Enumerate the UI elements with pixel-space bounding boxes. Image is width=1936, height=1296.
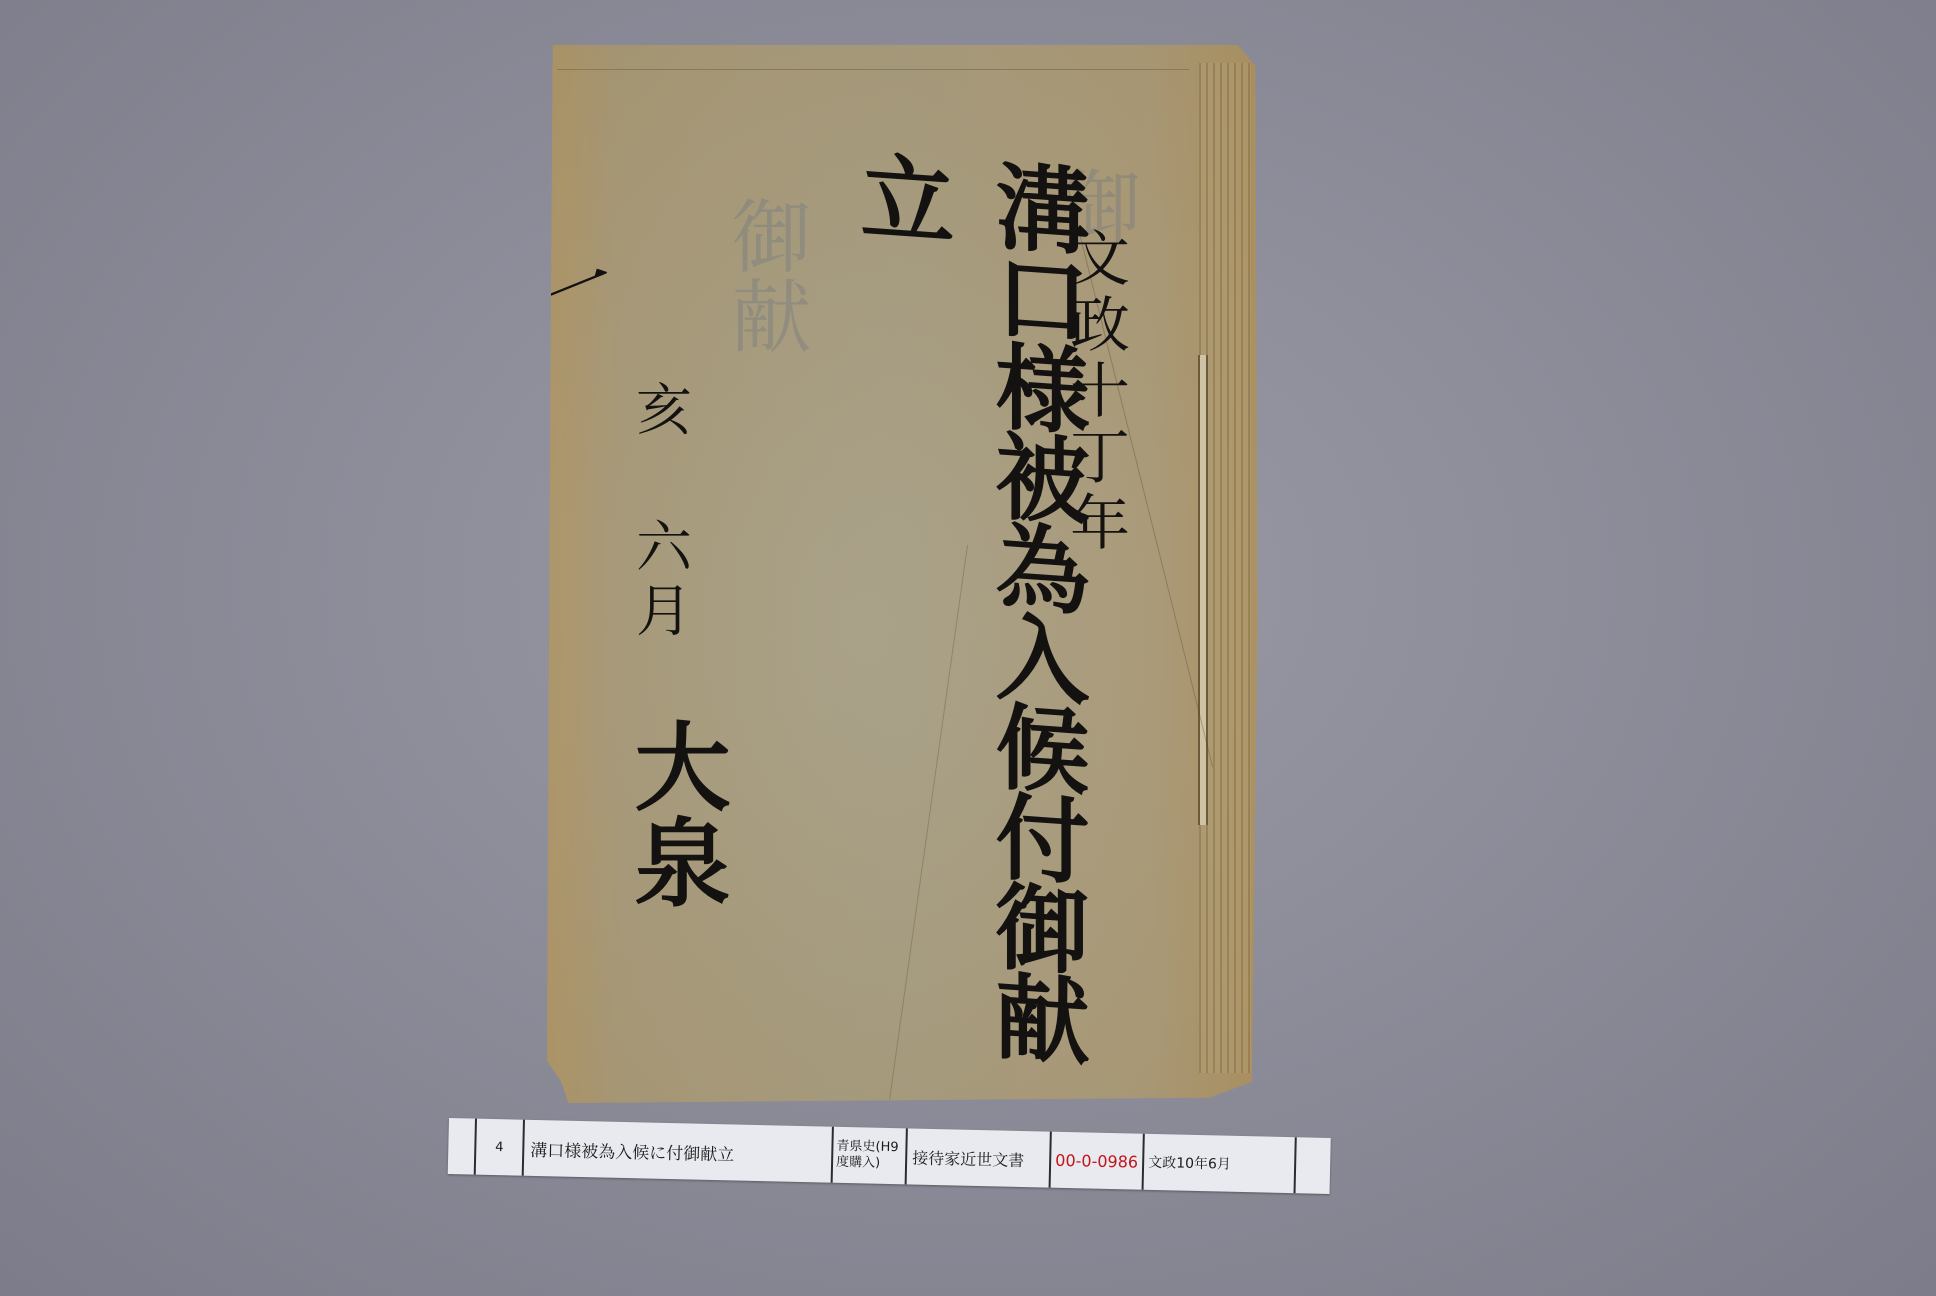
- document-cover: 御献 御 一 溝口様被為入候付御献立 文政十丁年 亥 六月 大泉: [547, 45, 1259, 1103]
- top-fold: [557, 53, 1189, 70]
- document-date: 文政十丁年: [1052, 227, 1138, 557]
- ink-mark: 一: [526, 224, 629, 344]
- catalog-label-strip: 4 溝口様被為入候に付御献立 青県史(H9度購入) 接待家近世文書 00-0-0…: [448, 1118, 1331, 1194]
- label-collection: 接待家近世文書: [907, 1128, 1052, 1187]
- label-source: 青県史(H9度購入): [833, 1127, 908, 1185]
- label-blank-left: [448, 1118, 477, 1175]
- label-blank-right: [1296, 1137, 1331, 1194]
- label-catalog-id: 00-0-0986: [1051, 1132, 1145, 1190]
- label-title: 溝口様被為入候に付御献立: [524, 1120, 834, 1183]
- bleed-through-text: 御献: [707, 195, 822, 355]
- document-author: 大泉: [607, 717, 744, 909]
- document-month: 亥 六月: [619, 380, 699, 645]
- label-date: 文政10年6月: [1144, 1134, 1297, 1193]
- binding-string: [1198, 355, 1208, 825]
- label-number: 4: [476, 1119, 525, 1176]
